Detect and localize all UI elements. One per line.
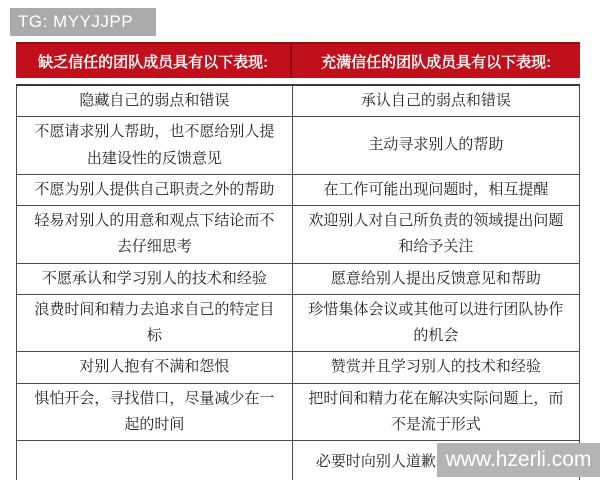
page: TG: MYYJJPP 缺乏信任的团队成员具有以下表现: 充满信任的团队成员具有… bbox=[0, 0, 600, 480]
table-row: 隐藏自己的弱点和错误 承认自己的弱点和错误 bbox=[17, 85, 580, 117]
table-row: 惧怕开会，寻找借口，尽量减少在一起的时间 把时间和精力花在解决实际问题上，而不是… bbox=[17, 383, 580, 441]
cell-lack-trust: 不愿请求别人帮助，也不愿给别人提出建设性的反馈意见 bbox=[17, 117, 293, 175]
cell-full-trust: 赞赏并且学习别人的技术和经验 bbox=[292, 352, 579, 383]
trust-comparison-table: 缺乏信任的团队成员具有以下表现: 充满信任的团队成员具有以下表现: 隐藏自己的弱… bbox=[16, 42, 580, 480]
cell-full-trust: 愿意给别人提出反馈意见和帮助 bbox=[292, 263, 579, 294]
cell-full-trust: 欢迎别人对自己所负责的领域提出问题和给予关注 bbox=[292, 206, 579, 264]
header-lack-of-trust: 缺乏信任的团队成员具有以下表现: bbox=[16, 44, 292, 78]
cell-full-trust: 在工作可能出现问题时，相互提醒 bbox=[292, 174, 579, 205]
table-header-row: 缺乏信任的团队成员具有以下表现: 充满信任的团队成员具有以下表现: bbox=[16, 42, 580, 78]
bottom-right-watermark: www.hzerli.com bbox=[437, 443, 600, 477]
cell-full-trust: 珍惜集体会议或其他可以进行团队协作的机会 bbox=[292, 294, 579, 352]
cell-lack-trust: 轻易对别人的用意和观点下结论而不去仔细思考 bbox=[17, 206, 293, 264]
cell-lack-trust: 惧怕开会，寻找借口，尽量减少在一起的时间 bbox=[17, 383, 293, 441]
cell-full-trust: 承认自己的弱点和错误 bbox=[292, 85, 579, 117]
table-row: 不愿承认和学习别人的技术和经验 愿意给别人提出反馈意见和帮助 bbox=[17, 263, 580, 294]
header-full-of-trust: 充满信任的团队成员具有以下表现: bbox=[292, 44, 580, 78]
cell-lack-trust: 不愿为别人提供自己职责之外的帮助 bbox=[17, 174, 293, 205]
table-body: 隐藏自己的弱点和错误 承认自己的弱点和错误 不愿请求别人帮助，也不愿给别人提出建… bbox=[16, 84, 580, 480]
cell-lack-trust: 对别人抱有不满和怨恨 bbox=[17, 352, 293, 383]
table-row: 轻易对别人的用意和观点下结论而不去仔细思考 欢迎别人对自己所负责的领域提出问题和… bbox=[17, 206, 580, 264]
table-row: 浪费时间和精力去追求自己的特定目标 珍惜集体会议或其他可以进行团队协作的机会 bbox=[17, 294, 580, 352]
table-row: 不愿为别人提供自己职责之外的帮助 在工作可能出现问题时，相互提醒 bbox=[17, 174, 580, 205]
top-left-watermark-badge: TG: MYYJJPP bbox=[10, 8, 156, 36]
cell-lack-trust-empty bbox=[17, 441, 293, 480]
cell-full-trust: 把时间和精力花在解决实际问题上，而不是流于形式 bbox=[292, 383, 579, 441]
cell-lack-trust: 不愿承认和学习别人的技术和经验 bbox=[17, 263, 293, 294]
table-row: 不愿请求别人帮助，也不愿给别人提出建设性的反馈意见 主动寻求别人的帮助 bbox=[17, 117, 580, 175]
cell-full-trust: 主动寻求别人的帮助 bbox=[292, 117, 579, 175]
cell-lack-trust: 隐藏自己的弱点和错误 bbox=[17, 85, 293, 117]
table-row: 对别人抱有不满和怨恨 赞赏并且学习别人的技术和经验 bbox=[17, 352, 580, 383]
cell-lack-trust: 浪费时间和精力去追求自己的特定目标 bbox=[17, 294, 293, 352]
